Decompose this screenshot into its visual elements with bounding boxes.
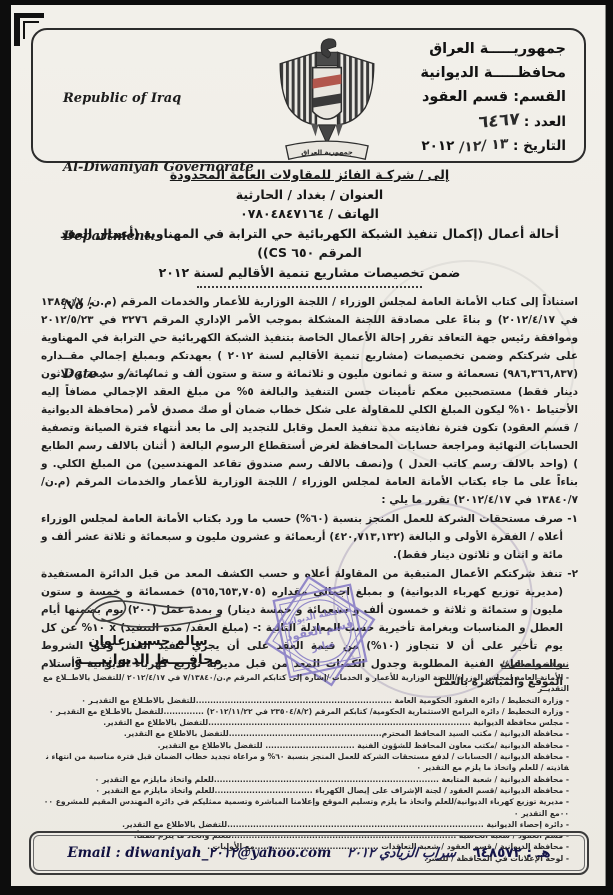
signature-block: سالم حسين علوان محافــــظ الديوانيــــة bbox=[63, 588, 233, 668]
cc-item: - محافظة الديوانية / شعبة المتابعة .....… bbox=[41, 774, 569, 785]
cc-title: نسخة منه الى// bbox=[41, 660, 569, 670]
footer-contact-bar: هـ : ٦٤٨٥٧٢ سراب الزيادي ٢٠١٢ Email : di… bbox=[29, 831, 589, 875]
cc-item: - محافظة الديوانية / مكتب السيد المحافظ … bbox=[41, 728, 569, 739]
footer-handwritten-note: سراب الزيادي ٢٠١٢ bbox=[346, 846, 457, 861]
arabic-date-line: التاريخ : ١٣ /١٢/ ٢٠١٢ bbox=[420, 134, 566, 158]
subject-line-2: ضمن تخصيصات مشاريع تنمية الأقاليم لسنة ٢… bbox=[41, 263, 578, 283]
letterhead-box: Republic of Iraq Al-Diwaniyah Governorat… bbox=[31, 28, 586, 163]
recipient-phone: الهاتف / ٠٧٨٠٤٨٤٧١٦٤ bbox=[41, 204, 578, 224]
cc-item: - وزارة التخطيط / دائرة العقود الحكومية … bbox=[41, 695, 569, 706]
cc-item: - دائرة إحصاء الديوانية ................… bbox=[41, 819, 569, 830]
arabic-number-line: العدد : ٦٤٦٧ bbox=[420, 109, 566, 134]
subject-line-1: أحالة أعمال (إكمال تنفيذ الشبكة الكهربائ… bbox=[41, 224, 578, 263]
arabic-country: جمهوريـــــة العراق bbox=[420, 37, 566, 61]
number-label: العدد : bbox=[524, 114, 566, 130]
cc-item: - وزارة التخطيط / دائرة البرامج الاستثما… bbox=[41, 706, 569, 717]
letterhead-arabic: جمهوريـــــة العراق محافظـــــة الديواني… bbox=[420, 37, 566, 158]
arabic-department: القسم: قسم العقود bbox=[420, 85, 566, 109]
arabic-governorate: محافظـــــة الديوانية bbox=[420, 61, 566, 85]
cc-item: - الأمانة العامة لمجلس الوزراء/اللجنة ال… bbox=[41, 672, 569, 695]
signatory-name: سالم حسين علوان bbox=[63, 634, 233, 649]
scan-corner-mark-inner bbox=[23, 21, 39, 39]
dotted-separator bbox=[197, 285, 422, 288]
scanned-document: Republic of Iraq Al-Diwaniyah Governorat… bbox=[0, 0, 613, 895]
document-page: Republic of Iraq Al-Diwaniyah Governorat… bbox=[11, 5, 606, 886]
cc-item: - مجلس محافظة الديوانية ................… bbox=[41, 717, 569, 728]
cc-item: - محافظة الديوانية / الحسابات / لدفع مست… bbox=[41, 751, 569, 774]
english-country: Republic of Iraq bbox=[63, 87, 254, 110]
signature-icon bbox=[68, 588, 228, 634]
decision-item-1: ١- صرف مستحقات الشركة للعمل المنجز بنسبة… bbox=[41, 510, 578, 564]
date-year: ٢٠١٢ bbox=[421, 138, 454, 154]
recipient-to: إلى / شركـة الفائز للمقاولات العامة المح… bbox=[41, 165, 578, 185]
iraq-coat-of-arms-icon: جمهورية العراق bbox=[266, 37, 388, 165]
stamp-text-issued: صادر bbox=[310, 638, 336, 654]
cc-item: - محافظة الديوانية /قسم العقود / لجنة ال… bbox=[41, 785, 569, 796]
emblem-scroll-text: جمهورية العراق bbox=[301, 148, 353, 156]
intro-paragraph: استناداً إلى كتاب الأمانة العامة لمجلس ا… bbox=[41, 293, 578, 509]
footer-phone: هـ : ٦٤٨٥٧٢ bbox=[472, 845, 550, 861]
cc-item: - مديرية توزيع كهرباء الديوانية/للعلم وا… bbox=[41, 796, 569, 819]
handwritten-number: ٦٤٦٧ bbox=[477, 107, 520, 135]
cc-item: - محافظة الديوانية /مكتب معاون المحافظ ل… bbox=[41, 740, 569, 751]
footer-email: Email : diwaniyah_٢٠١٢@yahoo.com bbox=[67, 845, 331, 861]
handwritten-date: ١٣ /١٢/ bbox=[458, 132, 508, 161]
date-label: التاريخ : bbox=[513, 138, 566, 154]
recipient-address: العنوان / بغداد / الحارثية bbox=[41, 185, 578, 205]
